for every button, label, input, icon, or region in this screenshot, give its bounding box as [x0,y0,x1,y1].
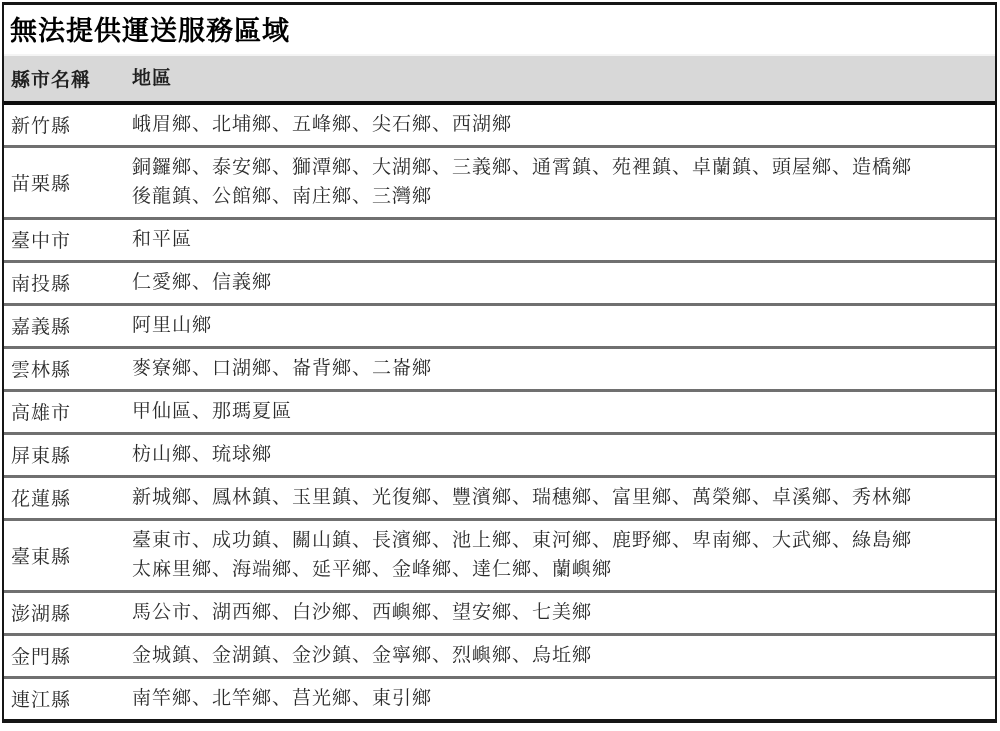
county-cell: 連江縣 [4,685,132,712]
county-cell: 新竹縣 [4,111,132,138]
county-cell: 金門縣 [4,642,132,669]
districts-cell: 甲仙區、那瑪夏區 [132,397,995,426]
county-cell: 花蓮縣 [4,484,132,511]
table-row: 高雄市 甲仙區、那瑪夏區 [4,389,995,432]
county-cell: 臺中市 [4,226,132,253]
districts-cell: 峨眉鄉、北埔鄉、五峰鄉、尖石鄉、西湖鄉 [132,110,995,139]
districts-cell: 臺東市、成功鎮、關山鎮、長濱鄉、池上鄉、東河鄉、鹿野鄉、卑南鄉、大武鄉、綠島鄉 … [132,526,995,584]
county-cell: 嘉義縣 [4,312,132,339]
no-delivery-area-table: 無法提供運送服務區域 縣市名稱 地區 新竹縣 峨眉鄉、北埔鄉、五峰鄉、尖石鄉、西… [2,2,997,723]
table-row: 花蓮縣 新城鄉、鳳林鎮、玉里鎮、光復鄉、豐濱鄉、瑞穗鄉、富里鄉、萬榮鄉、卓溪鄉、… [4,475,995,518]
header-county: 縣市名稱 [4,65,132,92]
header-district: 地區 [132,64,995,93]
districts-cell: 阿里山鄉 [132,311,995,340]
districts-cell: 南竿鄉、北竿鄉、莒光鄉、東引鄉 [132,684,995,713]
districts-cell: 金城鎮、金湖鎮、金沙鎮、金寧鄉、烈嶼鄉、烏坵鄉 [132,641,995,670]
page-title: 無法提供運送服務區域 [4,5,995,54]
table-row: 臺中市 和平區 [4,217,995,260]
county-cell: 屏東縣 [4,441,132,468]
districts-cell: 銅鑼鄉、泰安鄉、獅潭鄉、大湖鄉、三義鄉、通霄鎮、苑裡鎮、卓蘭鎮、頭屋鄉、造橋鄉 … [132,153,995,211]
table-row: 屏東縣 枋山鄉、琉球鄉 [4,432,995,475]
districts-cell: 新城鄉、鳳林鎮、玉里鎮、光復鄉、豐濱鄉、瑞穗鄉、富里鄉、萬榮鄉、卓溪鄉、秀林鄉 [132,483,995,512]
county-cell: 澎湖縣 [4,599,132,626]
table-row: 雲林縣 麥寮鄉、口湖鄉、崙背鄉、二崙鄉 [4,346,995,389]
county-cell: 苗栗縣 [4,169,132,196]
table-row: 新竹縣 峨眉鄉、北埔鄉、五峰鄉、尖石鄉、西湖鄉 [4,105,995,145]
table-row: 南投縣 仁愛鄉、信義鄉 [4,260,995,303]
county-cell: 雲林縣 [4,355,132,382]
table-row: 連江縣 南竿鄉、北竿鄉、莒光鄉、東引鄉 [4,676,995,719]
county-cell: 南投縣 [4,269,132,296]
table-body: 新竹縣 峨眉鄉、北埔鄉、五峰鄉、尖石鄉、西湖鄉 苗栗縣 銅鑼鄉、泰安鄉、獅潭鄉、… [4,105,995,719]
districts-cell: 仁愛鄉、信義鄉 [132,268,995,297]
table-row: 金門縣 金城鎮、金湖鎮、金沙鎮、金寧鄉、烈嶼鄉、烏坵鄉 [4,633,995,676]
table-row: 嘉義縣 阿里山鄉 [4,303,995,346]
table-row: 臺東縣 臺東市、成功鎮、關山鎮、長濱鄉、池上鄉、東河鄉、鹿野鄉、卑南鄉、大武鄉、… [4,518,995,590]
districts-cell: 和平區 [132,225,995,254]
county-cell: 高雄市 [4,398,132,425]
table-header-row: 縣市名稱 地區 [4,54,995,101]
county-cell: 臺東縣 [4,542,132,569]
table-row: 澎湖縣 馬公市、湖西鄉、白沙鄉、西嶼鄉、望安鄉、七美鄉 [4,590,995,633]
districts-cell: 麥寮鄉、口湖鄉、崙背鄉、二崙鄉 [132,354,995,383]
districts-cell: 馬公市、湖西鄉、白沙鄉、西嶼鄉、望安鄉、七美鄉 [132,598,995,627]
table-row: 苗栗縣 銅鑼鄉、泰安鄉、獅潭鄉、大湖鄉、三義鄉、通霄鎮、苑裡鎮、卓蘭鎮、頭屋鄉、… [4,145,995,217]
districts-cell: 枋山鄉、琉球鄉 [132,440,995,469]
